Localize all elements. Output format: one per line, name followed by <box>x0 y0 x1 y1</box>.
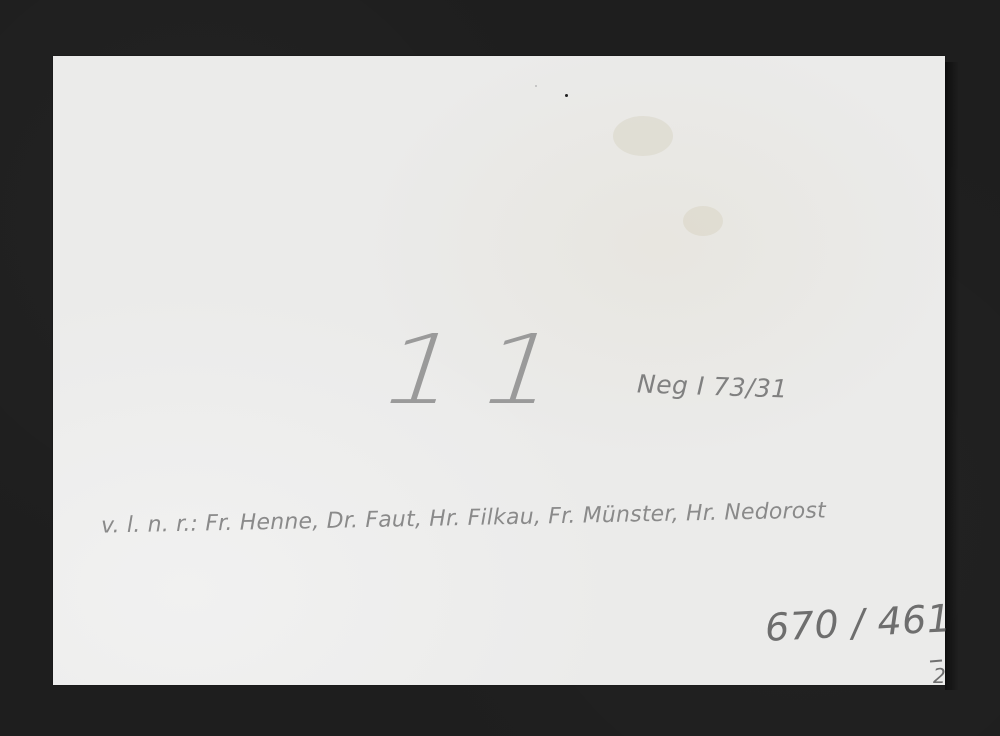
catalog-suffix-dash <box>930 659 942 662</box>
dust-speck <box>535 85 537 87</box>
paper-foxing <box>613 116 673 156</box>
photo-back-card: 11 Neg I 73/31 v. l. n. r.: Fr. Henne, D… <box>53 56 945 685</box>
item-number: 11 <box>365 314 599 426</box>
negative-reference: Neg I 73/31 <box>637 369 789 403</box>
people-caption: v. l. n. r.: Fr. Henne, Dr. Faut, Hr. Fi… <box>101 498 826 538</box>
catalog-number: 670 / 461 <box>764 596 953 650</box>
dust-speck <box>565 94 568 97</box>
paper-foxing <box>683 206 723 236</box>
catalog-suffix: 2 <box>933 664 946 688</box>
